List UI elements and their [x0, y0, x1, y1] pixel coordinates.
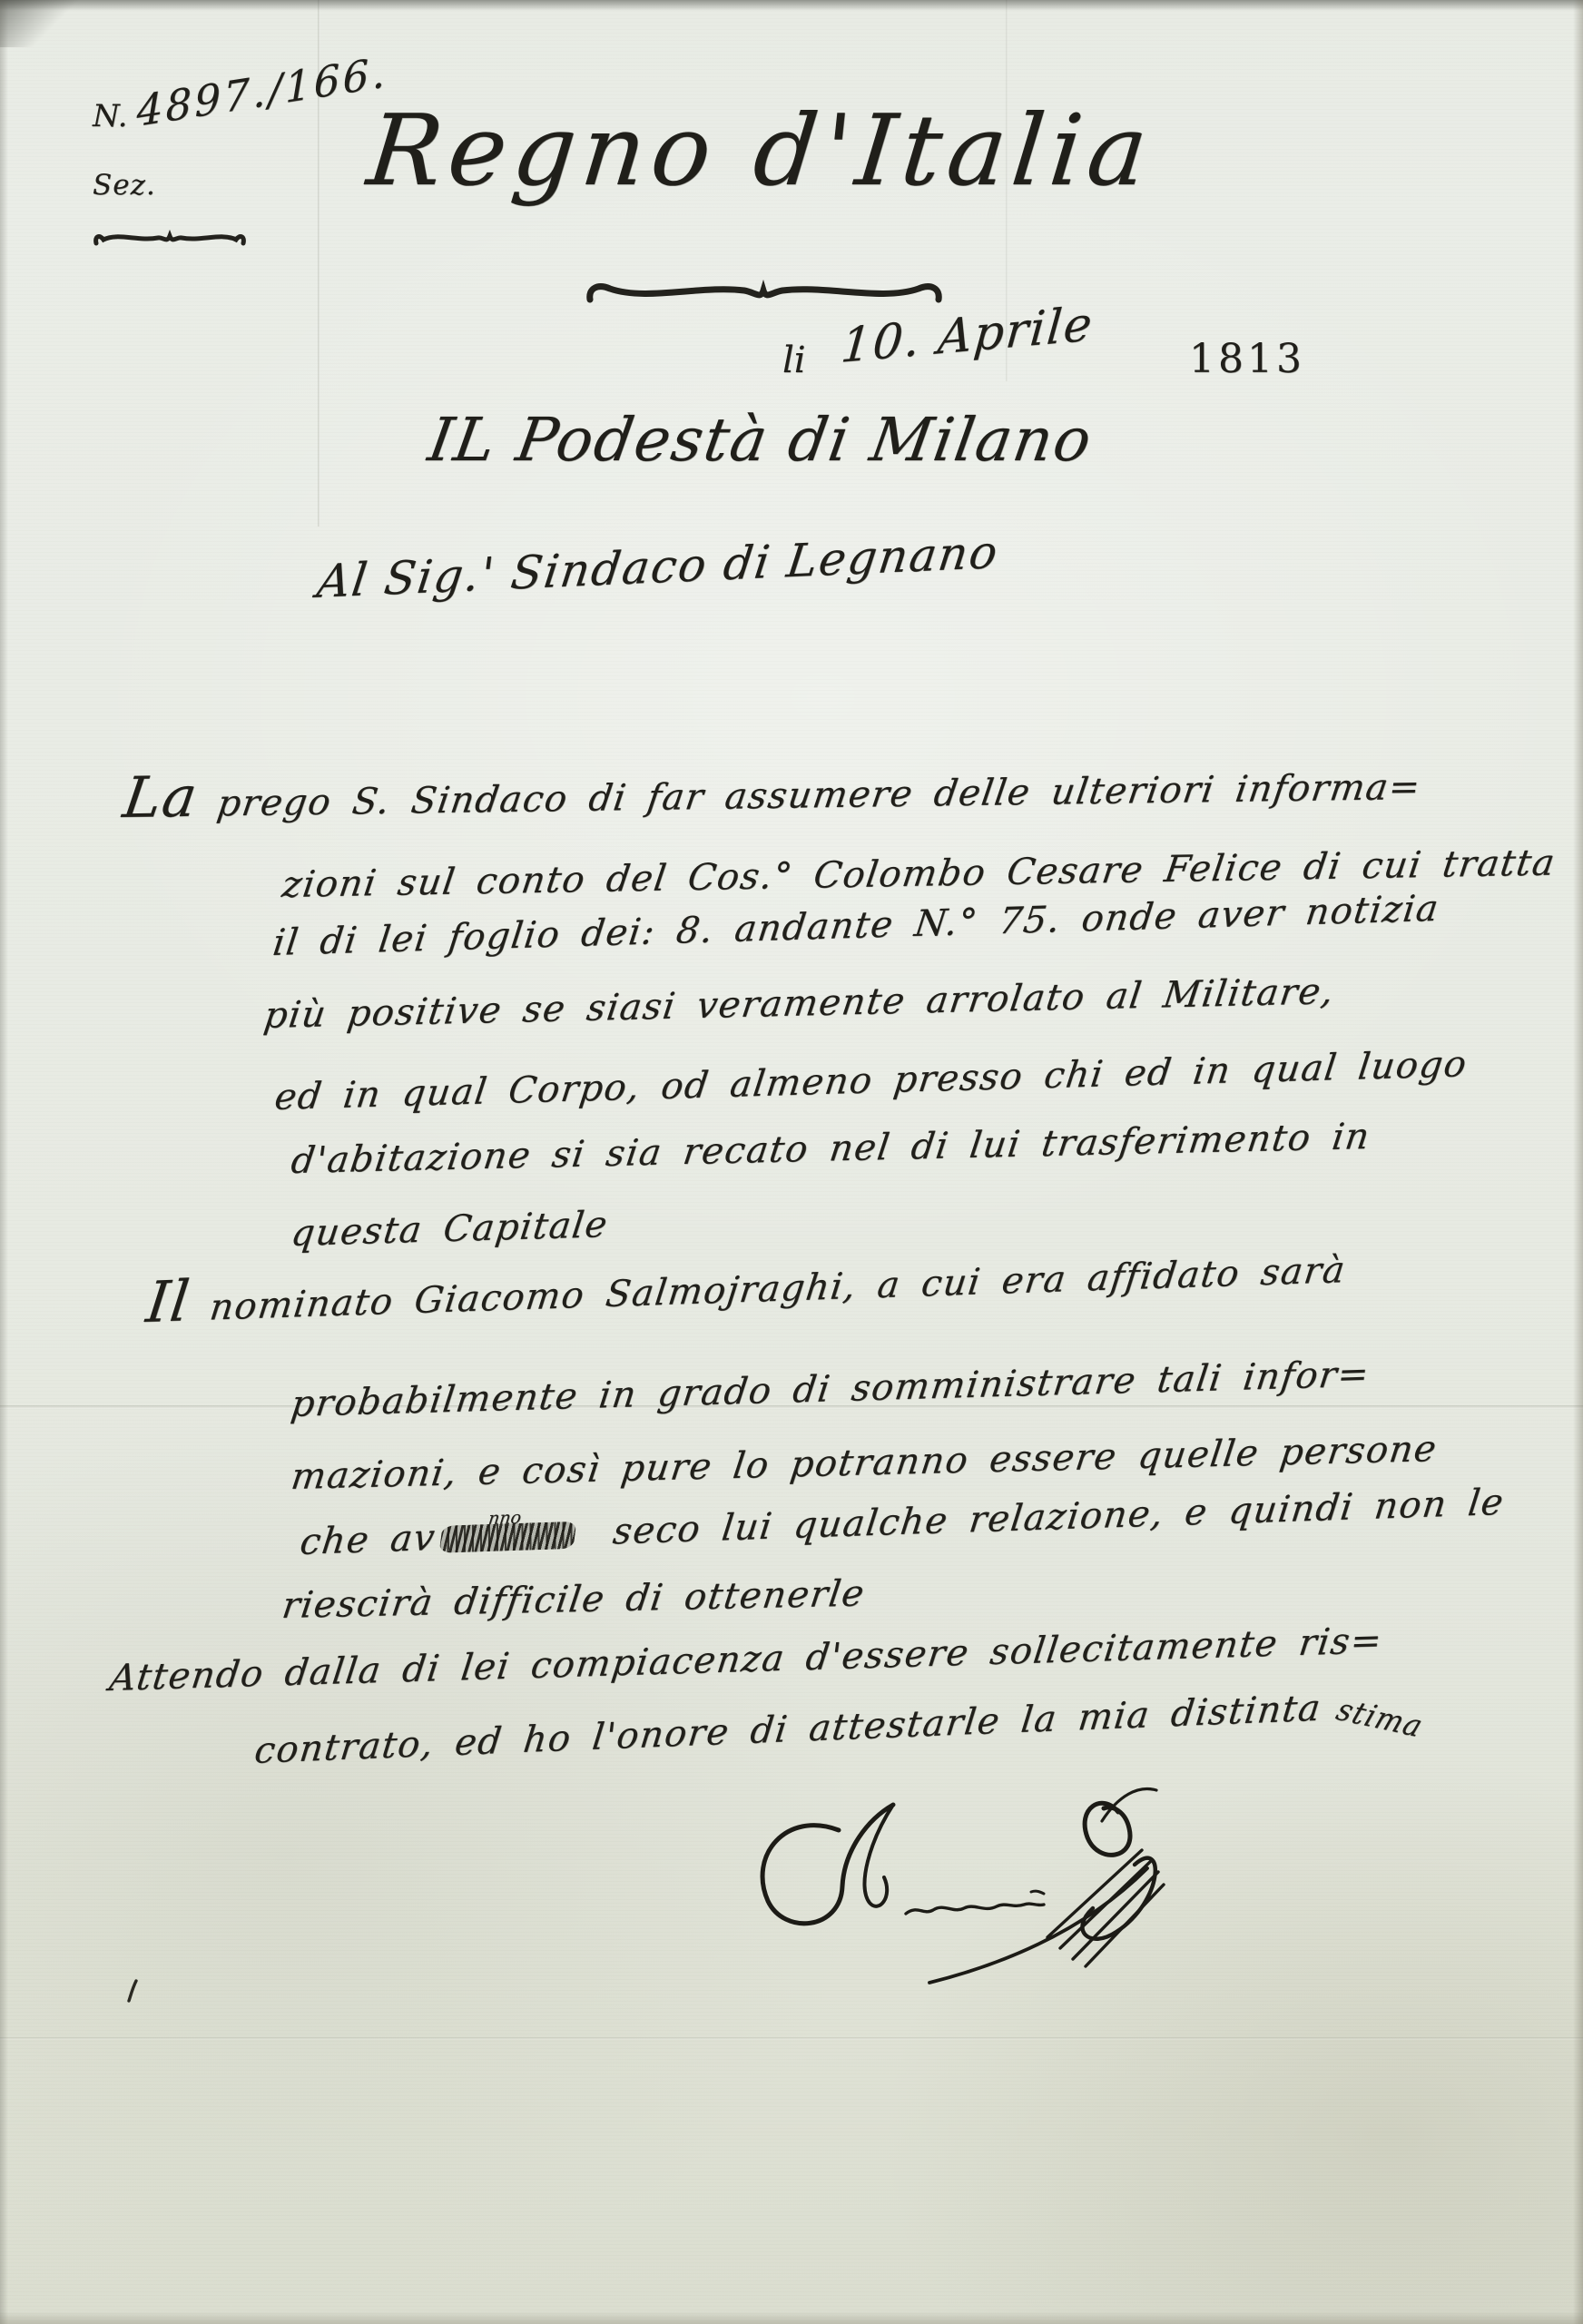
body-line-text: contrato, ed ho l'onore di attestarle la…	[252, 1687, 1344, 1772]
body-line-text: prego S. Sindaco di far assumere delle u…	[193, 766, 1423, 825]
body-line: probabilmente in grado di somministrare …	[289, 1354, 1372, 1425]
body-line-text: che av	[298, 1517, 438, 1563]
body-line: Attendo dalla di lei compiacenza d'esser…	[107, 1620, 1385, 1699]
sender-title: IL Podestà di Milano	[365, 405, 1156, 475]
signature-flourish	[732, 1785, 1185, 1994]
paper-edge	[0, 0, 1583, 11]
body-line-text: seco lui qualche relazione, e quindi non…	[611, 1482, 1507, 1553]
body-line: Il nominato Giacomo Salmojraghi, a cui e…	[143, 1249, 1348, 1331]
date-prefix: li	[782, 340, 806, 381]
recipient-line: Al Sig.' Sindaco di Legnano	[314, 526, 1002, 608]
body-line-text: nominato Giacomo Salmojraghi, a cui era …	[186, 1249, 1348, 1329]
document-photo: N. 4897./166. Sez. Regno d'Italia li 10.…	[0, 0, 1583, 2324]
superscript-correction: nno	[487, 1508, 523, 1529]
date-year: 1813	[1189, 336, 1305, 382]
kingdom-title: Regno d'Italia	[328, 94, 1193, 208]
paper-edge	[0, 2311, 1583, 2324]
body-line: contrato, ed ho l'onore di attestarle la…	[252, 1683, 1434, 1772]
body-line-tail: stima	[1332, 1692, 1428, 1745]
paper-edge	[1573, 0, 1583, 2324]
body-line: che avnnoseco lui qualche relazione, e q…	[298, 1482, 1507, 1563]
body-line: più positive se siasi veramente arrolato…	[261, 970, 1337, 1037]
body-line: riescirà difficile di ottenerle	[280, 1572, 868, 1627]
body-line: ed in qual Corpo, od almeno presso chi e…	[272, 1043, 1470, 1118]
section-underline-flourish	[91, 223, 250, 254]
body-line: La prego S. Sindaco di far assumere dell…	[120, 766, 1424, 826]
paper-corner-shadow	[0, 0, 82, 47]
body-line: questa Capitale	[289, 1204, 611, 1255]
title-underline-flourish	[583, 272, 946, 312]
body-line: d'abitazione si sia recato nel di lui tr…	[289, 1116, 1373, 1182]
body-line: mazioni, e così pure lo potranno essere …	[289, 1428, 1440, 1498]
registry-section-label: Sez.	[93, 169, 156, 202]
stray-ink-mark	[125, 1977, 142, 2004]
paper-edge	[0, 0, 8, 2324]
paragraph-initial: La	[119, 763, 202, 831]
registry-number-label: N.	[93, 98, 127, 134]
paper-crease	[0, 2037, 1583, 2040]
